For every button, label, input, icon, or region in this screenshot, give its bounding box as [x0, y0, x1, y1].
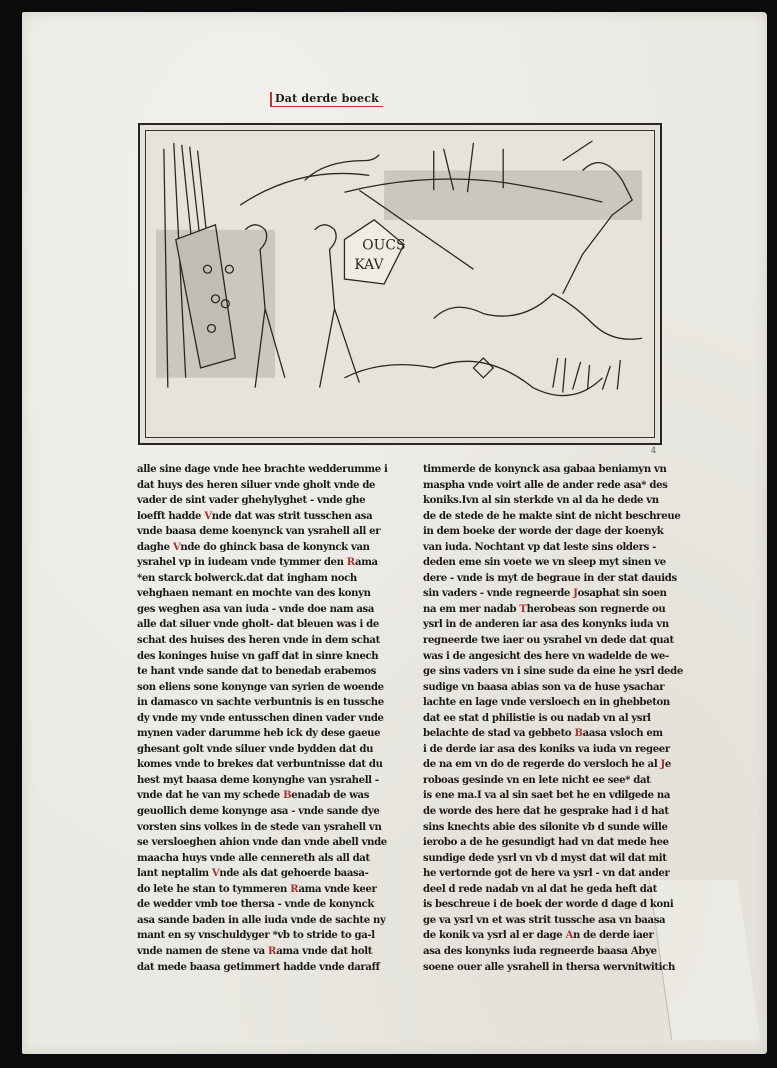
- text-line: sundige dede ysrl vn vb d myst dat wil d…: [423, 851, 663, 867]
- text-line: do lete he stan to tymmeren Rama vnde ke…: [137, 882, 377, 898]
- text-line: de worde des here dat he gesprake had i …: [423, 804, 663, 820]
- text-line: in damasco vn sachte verbuntnis is en tu…: [137, 695, 377, 711]
- text-line: de na em vn do de regerde do versloch he…: [423, 757, 663, 773]
- text-line: ghesant golt vnde siluer vnde bydden dat…: [137, 742, 377, 758]
- text-line: dy vnde my vnde entusschen dinen vader v…: [137, 711, 377, 727]
- text-line: se versloeghen ahion vnde dan vnde abell…: [137, 835, 377, 851]
- battle-scene-image: OUCS KAV: [146, 131, 654, 437]
- text-line: des koninges huise vn gaff dat in sinre …: [137, 649, 377, 665]
- text-line: te hant vnde sande dat to benedab erabem…: [137, 664, 377, 680]
- text-line: ges weghen asa van iuda - vnde doe nam a…: [137, 602, 377, 618]
- text-line: ge sins vaders vn i sine sude da eine he…: [423, 664, 663, 680]
- text-line: dat mede baasa getimmert hadde vnde dara…: [137, 960, 377, 976]
- text-line: de de stede de he makte sint de nicht be…: [423, 509, 663, 525]
- text-line: is beschreue i de boek der worde d dage …: [423, 897, 663, 913]
- text-line: sin vaders - vnde regneerde Josaphat sin…: [423, 586, 663, 602]
- woodcut-frame: OUCS KAV: [145, 130, 655, 438]
- text-line: schat des huises des heren vnde in dem s…: [137, 633, 377, 649]
- text-line: lant neptalim Vnde als dat gehoerde baas…: [137, 866, 377, 882]
- text-line: deel d rede nadab vn al dat he geda heft…: [423, 882, 663, 898]
- text-line: van iuda. Nochtant vp dat leste sins old…: [423, 540, 663, 556]
- rubricated-initial: B: [574, 728, 582, 739]
- text-line: deden eme sin voete we vn sleep myt sine…: [423, 555, 663, 571]
- folio-mark: 4: [651, 446, 656, 455]
- text-line: komes vnde to brekes dat verbuntnisse da…: [137, 757, 377, 773]
- text-line: asa sande baden in alle iuda vnde de sac…: [137, 913, 377, 929]
- rubricated-initial: T: [519, 604, 526, 615]
- text-line: maacha huys vnde alle cennereth als all …: [137, 851, 377, 867]
- text-line: belachte de stad va gebbeto Baasa vsloch…: [423, 726, 663, 742]
- text-line: geuollich deme konynge asa - vnde sande …: [137, 804, 377, 820]
- text-line: ge va ysrl vn et was strit tussche asa v…: [423, 913, 663, 929]
- svg-text:KAV: KAV: [354, 257, 384, 273]
- svg-text:OUCS: OUCS: [362, 237, 405, 253]
- rubricated-initial: A: [565, 930, 572, 941]
- text-line: dat ee stat d philistie is ou nadab vn a…: [423, 711, 663, 727]
- text-line: regneerde twe iaer ou ysrahel vn dede da…: [423, 633, 663, 649]
- text-line: vnde baasa deme koenynck van ysrahell al…: [137, 524, 377, 540]
- text-line: ierobo a de he gesundigt had vn dat mede…: [423, 835, 663, 851]
- text-line: dat huys des heren siluer vnde gholt vnd…: [137, 478, 377, 494]
- text-line: mant en sy vnschuldyger *vb to stride to…: [137, 928, 377, 944]
- text-line: son eliens sone konynge van syrien de wo…: [137, 680, 377, 696]
- text-column-right: timmerde de konynck asa gabaa beniamyn v…: [423, 462, 663, 975]
- text-line: dere - vnde is myt de begraue in der sta…: [423, 571, 663, 587]
- woodcut-illustration: OUCS KAV: [138, 123, 662, 445]
- text-line: na em mer nadab Therobeas son regnerde o…: [423, 602, 663, 618]
- text-line: he vertornde got de here va ysrl - vn da…: [423, 866, 663, 882]
- text-line: vader de sint vader ghehylyghet - vnde g…: [137, 493, 377, 509]
- rubricated-initial: V: [204, 511, 211, 522]
- text-line: loefft hadde Vnde dat was strit tusschen…: [137, 509, 377, 525]
- text-line: maspha vnde voirt alle de ander rede asa…: [423, 478, 663, 494]
- text-line: timmerde de konynck asa gabaa beniamyn v…: [423, 462, 663, 478]
- rubricated-initial: R: [268, 946, 276, 957]
- text-line: sins knechts abie des silonite vb d sund…: [423, 820, 663, 836]
- text-line: alle sine dage vnde hee brachte wedderum…: [137, 462, 377, 478]
- text-line: vehghaen nemant en mochte van des konyn: [137, 586, 377, 602]
- text-line: *en starck bolwerck.dat dat ingham noch: [137, 571, 377, 587]
- text-line: hest myt baasa deme konynghe van ysrahel…: [137, 773, 377, 789]
- rubricated-initial: R: [347, 557, 355, 568]
- rubricated-initial: V: [212, 868, 219, 879]
- text-line: roboas gesinde vn en lete nicht ee see* …: [423, 773, 663, 789]
- rubricated-initial: J: [573, 588, 577, 599]
- rubricated-initial: J: [660, 759, 664, 770]
- rubricated-initial: V: [173, 542, 180, 553]
- text-line: was i de angesicht des here vn wadelde d…: [423, 649, 663, 665]
- text-line: vnde dat he van my schede Benadab de was: [137, 788, 377, 804]
- text-line: lachte en lage vnde versloech en in gheb…: [423, 695, 663, 711]
- text-line: daghe Vnde do ghinck basa de konynck van: [137, 540, 377, 556]
- running-head: Dat derde boeck: [270, 92, 383, 107]
- text-line: sudige vn baasa abias son va de huse ysa…: [423, 680, 663, 696]
- text-line: alle dat siluer vnde gholt- dat bleuen w…: [137, 617, 377, 633]
- text-line: is ene ma.I va al sin saet bet he en vdi…: [423, 788, 663, 804]
- text-line: asa des konynks iuda regneerde baasa Aby…: [423, 944, 663, 960]
- text-line: de konik va ysrl al er dage An de derde …: [423, 928, 663, 944]
- text-line: in dem boeke der worde der dage der koen…: [423, 524, 663, 540]
- text-line: soene ouer alle ysrahell in thersa wervn…: [423, 960, 663, 976]
- text-line: ysrl in de anderen iar asa des konynks i…: [423, 617, 663, 633]
- text-column-left: alle sine dage vnde hee brachte wedderum…: [137, 462, 377, 975]
- text-line: vorsten sins volkes in de stede van ysra…: [137, 820, 377, 836]
- text-line: mynen vader darumme heb ick dy dese gaeu…: [137, 726, 377, 742]
- rubricated-initial: B: [283, 790, 291, 801]
- rubricated-initial: R: [290, 884, 298, 895]
- text-line: de wedder vmb toe thersa - vnde de konyn…: [137, 897, 377, 913]
- text-line: ysrahel vp in iudeam vnde tymmer den Ram…: [137, 555, 377, 571]
- text-line: i de derde iar asa des koniks va iuda vn…: [423, 742, 663, 758]
- text-line: koniks.Ivn al sin sterkde vn al da he de…: [423, 493, 663, 509]
- text-line: vnde namen de stene va Rama vnde dat hol…: [137, 944, 377, 960]
